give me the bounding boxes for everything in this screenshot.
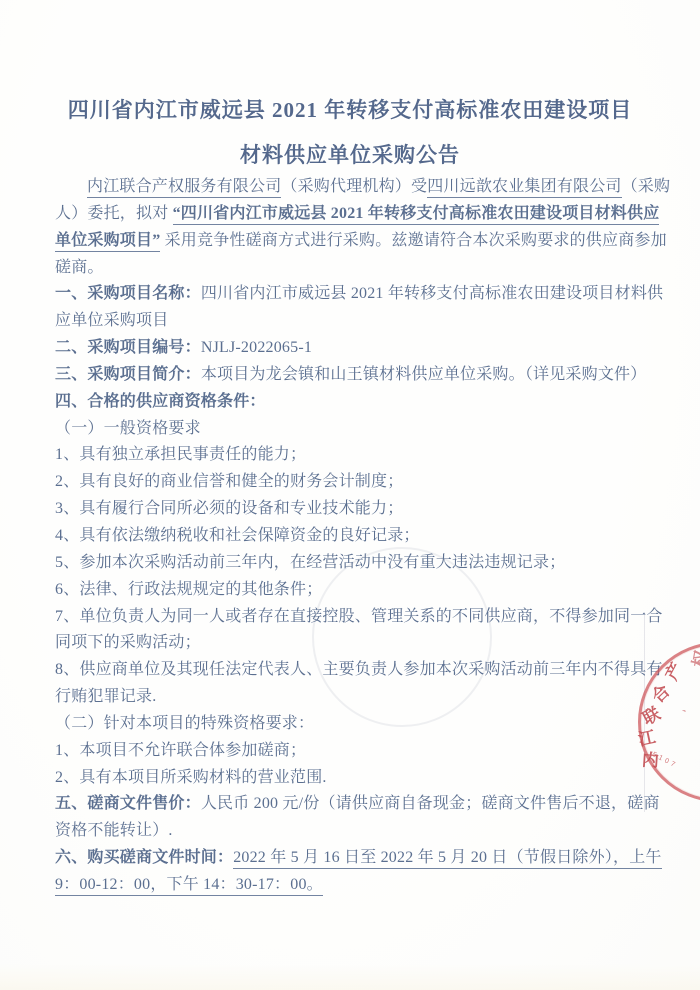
text-segment: 六、购买磋商文件时间： xyxy=(55,849,233,866)
text-segment: 2、具有本项目所采购材料的营业范围. xyxy=(55,769,327,786)
text-segment: 同项下的采购活动； xyxy=(55,634,201,651)
text-line: 行贿犯罪记录. xyxy=(55,684,655,711)
text-line: 内江联合产权服务有限公司（采购代理机构）受四川远歆农业集团有限公司（采购 xyxy=(55,174,655,201)
text-line: 资格不能转让）. xyxy=(55,818,655,845)
text-segment: 5、参加本次采购活动前三年内，在经营活动中没有重大违法违规记录； xyxy=(55,554,565,571)
text-line: 同项下的采购活动； xyxy=(55,630,655,657)
text-segment: 四川远歆农业集团有限公司 xyxy=(427,178,621,198)
text-segment: 一、采购项目名称： xyxy=(55,285,201,302)
text-segment: 3、具有履行合同所必须的设备和专业技术能力； xyxy=(55,500,403,517)
text-segment: （一）一般资格要求 xyxy=(55,420,201,437)
text-segment: 四川省内江市威远县 2021 年转移支付高标准农田建设项目材料供 xyxy=(201,285,663,302)
red-seal: 权产合联江内 、 5107 xyxy=(638,642,700,802)
text-segment: 本项目为龙会镇和山王镇材料供应单位采购。（详见采购文件） xyxy=(201,366,647,383)
text-segment: （采购代理机构）受 xyxy=(281,178,427,195)
text-segment: 8、供应商单位及其现任法定代表人、主要负责人参加本次采购活动前三年内不得具有 xyxy=(55,661,663,678)
text-segment: 资格不能转让）. xyxy=(55,822,173,839)
text-segment: 五、磋商文件售价： xyxy=(55,795,201,812)
text-segment: 9：00-12：00，下午 14：30-17：00。 xyxy=(55,876,323,896)
text-line: 5、参加本次采购活动前三年内，在经营活动中没有重大违法违规记录； xyxy=(55,550,655,577)
text-line: 应单位采购项目 xyxy=(55,308,655,335)
text-segment: 1、具有独立承担民事责任的能力； xyxy=(55,446,306,463)
scanned-document-page: 四川省内江市威远县 2021 年转移支付高标准农田建设项目 材料供应单位采购公告… xyxy=(0,0,700,990)
text-line: 3、具有履行合同所必须的设备和专业技术能力； xyxy=(55,496,655,523)
text-line: 9：00-12：00，下午 14：30-17：00。 xyxy=(55,872,655,899)
text-segment: 采用竞争性磋商方式进行采购。兹邀请符合本次采购要求的供应商参加 xyxy=(160,232,666,249)
text-segment: NJLJ-2022065-1 xyxy=(201,339,312,356)
text-segment: 应单位采购项目 xyxy=(55,312,168,329)
text-segment: （采购 xyxy=(622,178,671,195)
text-line: 二、采购项目编号：NJLJ-2022065-1 xyxy=(55,335,655,362)
text-segment: 三、采购项目简介： xyxy=(55,366,201,383)
text-segment: 行贿犯罪记录. xyxy=(55,688,156,705)
text-line: 一、采购项目名称：四川省内江市威远县 2021 年转移支付高标准农田建设项目材料… xyxy=(55,281,655,308)
text-segment: 4、具有依法缴纳税收和社会保障资金的良好记录； xyxy=(55,527,420,544)
text-line: 人）委托，拟对 “四川省内江市威远县 2021 年转移支付高标准农田建设项目材料… xyxy=(55,201,655,228)
text-segment: 7、单位负责人为同一人或者存在直接控股、管理关系的不同供应商，不得参加同一合 xyxy=(55,608,663,625)
text-line: （一）一般资格要求 xyxy=(55,416,655,443)
text-line: 单位采购项目” 采用竞争性磋商方式进行采购。兹邀请符合本次采购要求的供应商参加 xyxy=(55,228,655,255)
text-segment: “四川省内江市威远县 2021 年转移支付高标准农田建设项目材料供应 xyxy=(173,205,660,225)
text-line: 7、单位负责人为同一人或者存在直接控股、管理关系的不同供应商，不得参加同一合 xyxy=(55,604,655,631)
scan-bottom-tint xyxy=(0,964,700,990)
text-line: 四、合格的供应商资格条件： xyxy=(55,389,655,416)
text-line: 1、具有独立承担民事责任的能力； xyxy=(55,442,655,469)
text-segment: 2、具有良好的商业信誉和健全的财务会计制度； xyxy=(55,473,403,490)
text-line: 六、购买磋商文件时间：2022 年 5 月 16 日至 2022 年 5 月 2… xyxy=(55,845,655,872)
text-segment: 2022 年 5 月 16 日至 2022 年 5 月 20 日（节假日除外），… xyxy=(233,849,661,869)
document-title-line2: 材料供应单位采购公告 xyxy=(0,133,700,178)
text-segment: 内江联合产权服务有限公司 xyxy=(87,178,281,198)
text-segment: 1、本项目不允许联合体参加磋商； xyxy=(55,742,306,759)
document-title: 四川省内江市威远县 2021 年转移支付高标准农田建设项目 材料供应单位采购公告 xyxy=(0,88,700,178)
text-line: 2、具有良好的商业信誉和健全的财务会计制度； xyxy=(55,469,655,496)
text-line: 磋商。 xyxy=(55,255,655,282)
text-line: 1、本项目不允许联合体参加磋商； xyxy=(55,738,655,765)
text-segment: 磋商。 xyxy=(55,259,104,276)
text-segment: 6、法律、行政法规规定的其他条件； xyxy=(55,581,322,598)
text-line: 8、供应商单位及其现任法定代表人、主要负责人参加本次采购活动前三年内不得具有 xyxy=(55,657,655,684)
text-line: 6、法律、行政法规规定的其他条件； xyxy=(55,577,655,604)
text-line: 三、采购项目简介：本项目为龙会镇和山王镇材料供应单位采购。（详见采购文件） xyxy=(55,362,655,389)
text-line: （二）针对本项目的特殊资格要求： xyxy=(55,711,655,738)
text-segment: 人）委托，拟对 xyxy=(55,205,173,222)
text-line: 4、具有依法缴纳税收和社会保障资金的良好记录； xyxy=(55,523,655,550)
text-line: 2、具有本项目所采购材料的营业范围. xyxy=(55,765,655,792)
text-segment: 人民币 200 元/份（请供应商自备现金；磋商文件售后不退，磋商 xyxy=(201,795,660,812)
document-title-line1: 四川省内江市威远县 2021 年转移支付高标准农田建设项目 xyxy=(0,88,700,133)
text-segment: 单位采购项目” xyxy=(55,232,160,252)
text-segment: 四、合格的供应商资格条件： xyxy=(55,393,266,410)
text-segment: （二）针对本项目的特殊资格要求： xyxy=(55,715,314,732)
text-segment: 二、采购项目编号： xyxy=(55,339,201,356)
text-line: 五、磋商文件售价：人民币 200 元/份（请供应商自备现金；磋商文件售后不退，磋… xyxy=(55,791,655,818)
document-body: 内江联合产权服务有限公司（采购代理机构）受四川远歆农业集团有限公司（采购人）委托… xyxy=(55,174,655,899)
